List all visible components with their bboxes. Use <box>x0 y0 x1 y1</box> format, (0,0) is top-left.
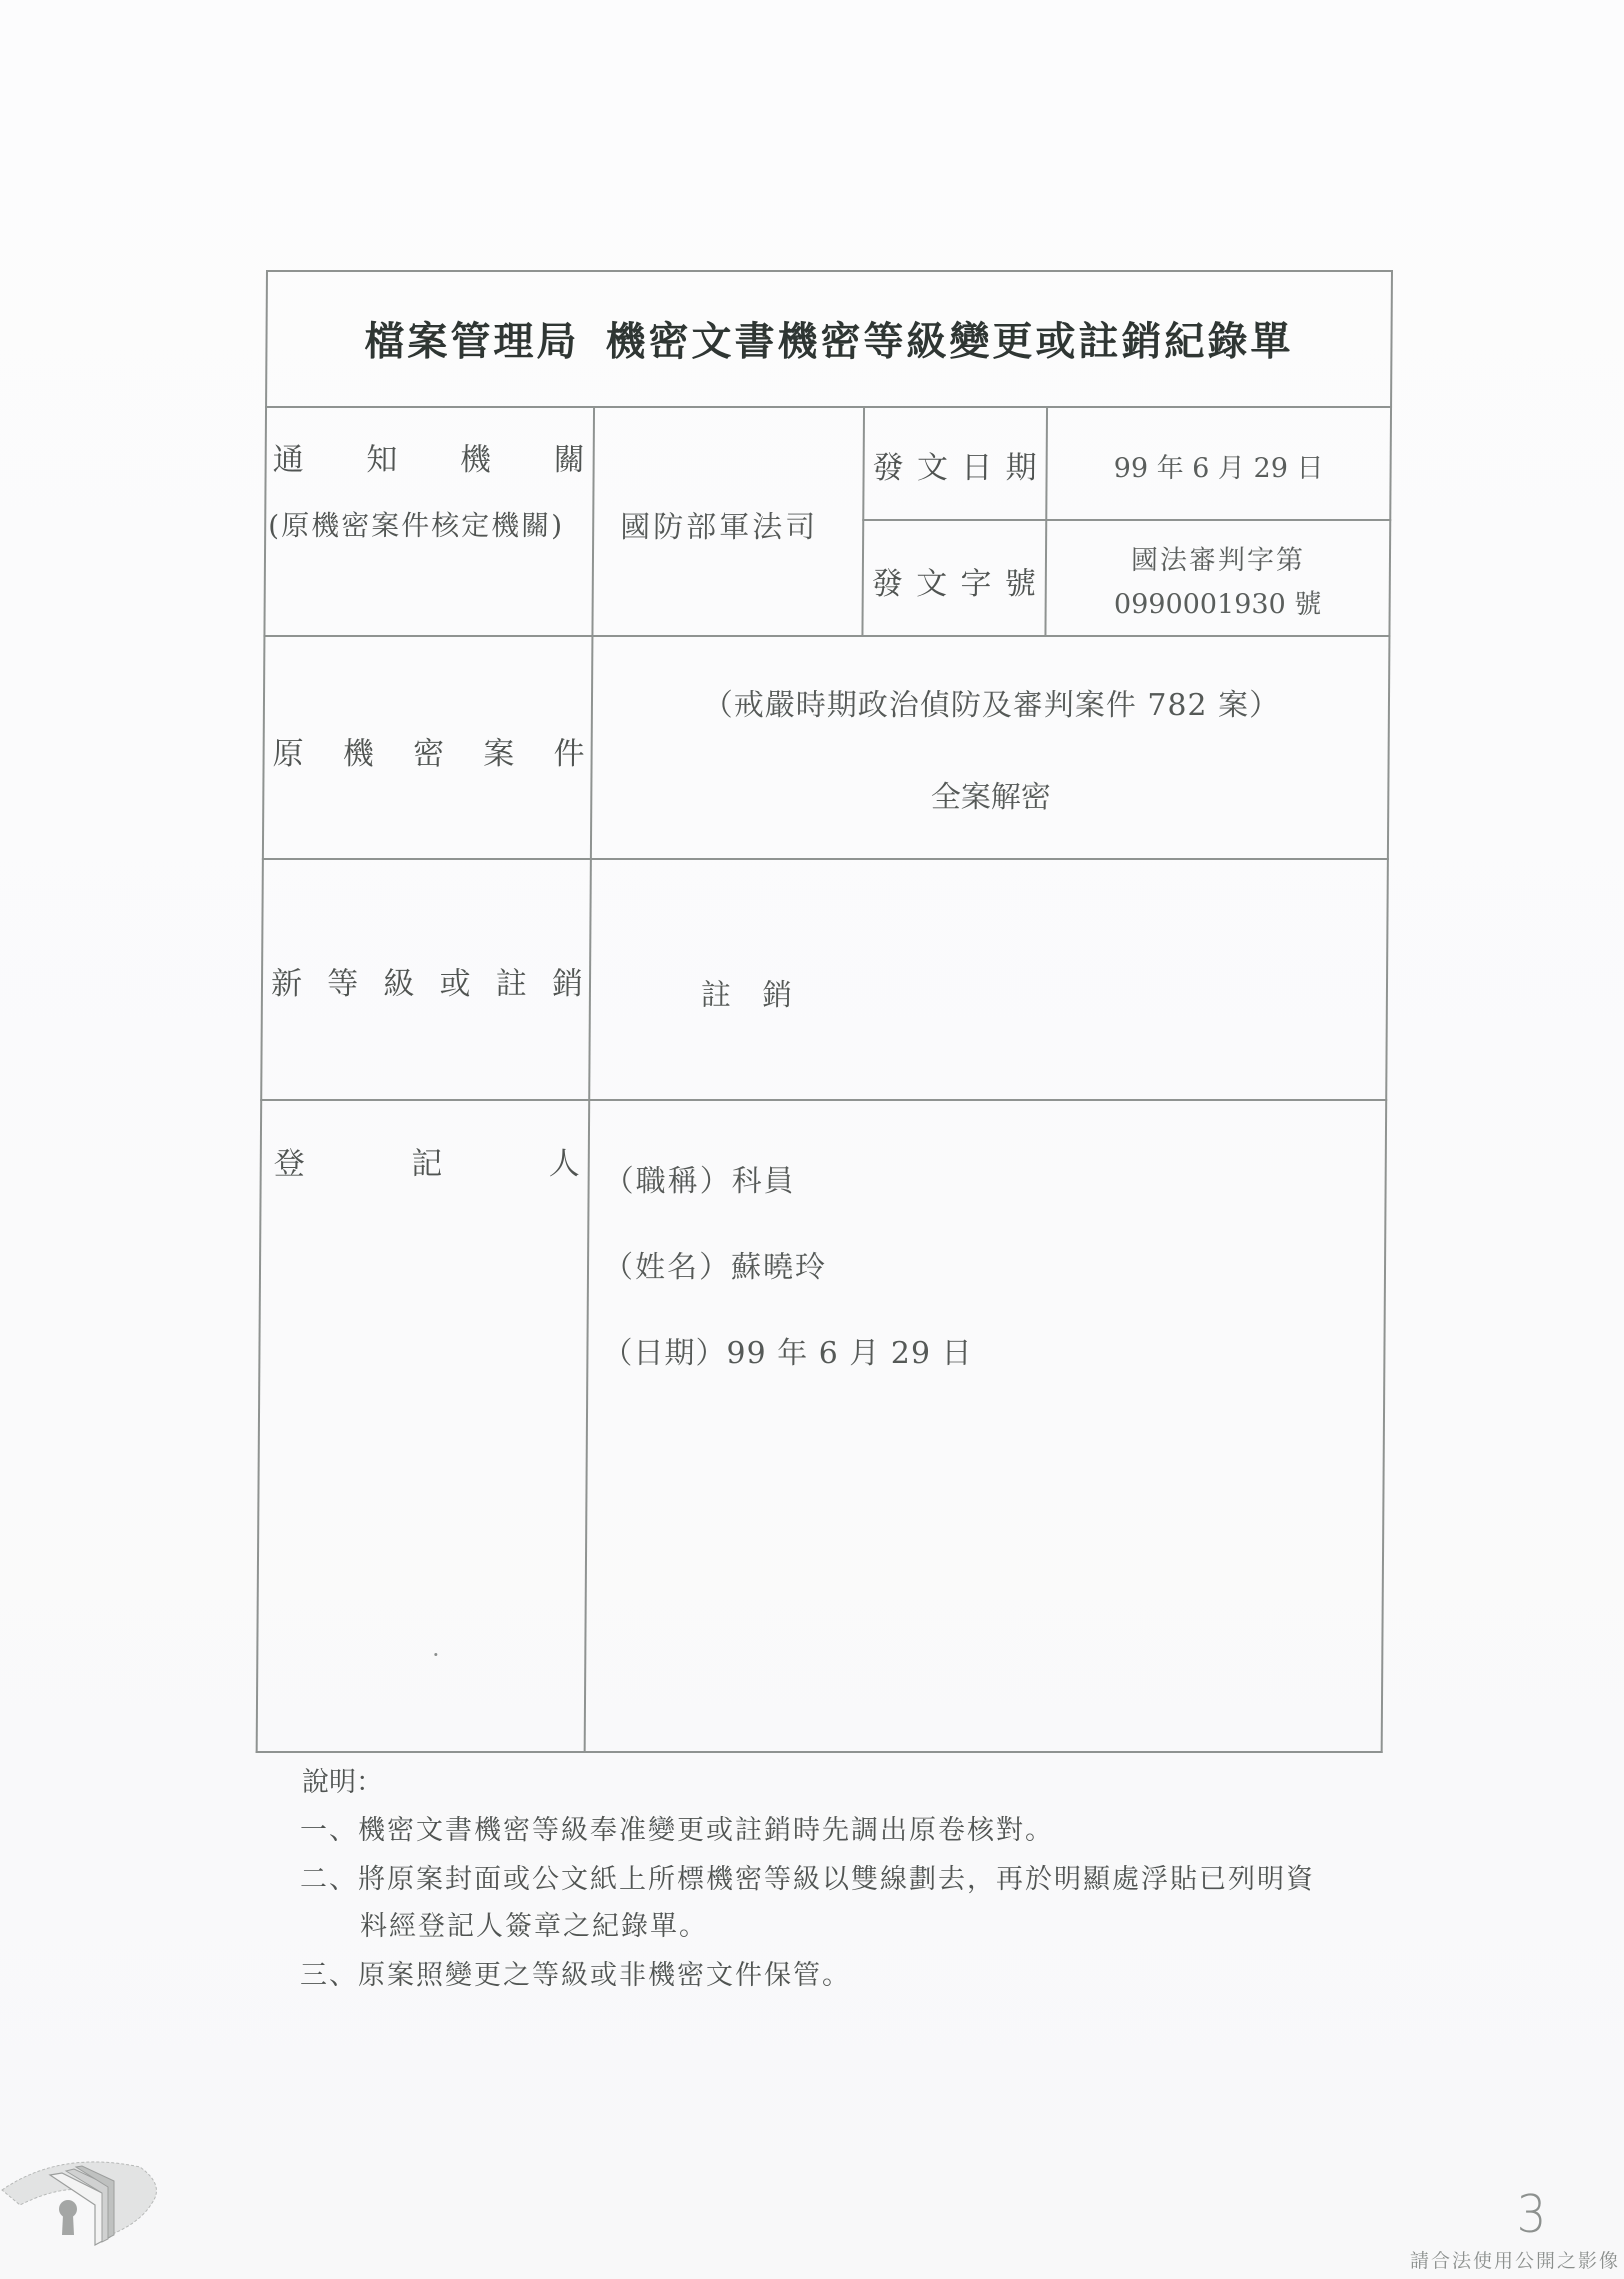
row-divider-3 <box>260 1099 1387 1101</box>
archives-logo-icon <box>0 2145 165 2255</box>
issue-date-value: 99 年 6 月 29 日 <box>1047 446 1389 485</box>
usage-watermark: 請合法使用公開之影像 <box>1410 2246 1620 2273</box>
scan-speck <box>434 1653 437 1656</box>
new-level-value: 註 銷 <box>701 970 796 1014</box>
row-divider-sub <box>862 519 1391 521</box>
registrar-name: （姓名）蘇曉玲 <box>603 1242 827 1286</box>
registrar-title: （職稱）科員 <box>604 1156 796 1200</box>
notes-heading: 說明： <box>302 1760 383 1799</box>
scanned-page: 檔案管理局 機密文書機密等級變更或註銷紀錄單 通 知 機 關 (原機密案件核定機… <box>0 0 1624 2279</box>
title-agency: 檔案管理局 <box>364 310 579 367</box>
original-case-label: 原 機 密 案 件 <box>272 728 584 773</box>
new-level-label: 新 等 級 或 註 銷 <box>271 958 583 1003</box>
row-divider-header <box>265 406 1392 408</box>
form-title: 檔案管理局 機密文書機密等級變更或註銷紀錄單 <box>265 270 1393 406</box>
notifying-agency-value: 國防部軍法司 <box>620 502 818 546</box>
page-number: 3 <box>1517 2185 1547 2245</box>
record-form-table: 檔案管理局 機密文書機密等級變更或註銷紀錄單 通 知 機 關 (原機密案件核定機… <box>256 270 1393 1752</box>
title-form-name: 機密文書機密等級變更或註銷紀錄單 <box>605 310 1293 367</box>
table-border-right <box>1381 270 1393 1753</box>
note-item-2: 二、將原案封面或公文紙上所標機密等級以雙線劃去，再於明顯處浮貼已列明資 <box>300 1857 1315 1896</box>
registrar-date: （日期）99 年 6 月 29 日 <box>602 1328 972 1372</box>
col-divider-label <box>584 406 595 1752</box>
note-item-1: 一、機密文書機密等級奉准變更或註銷時先調出原卷核對。 <box>300 1808 1054 1847</box>
issue-number-label: 發 文 字 號 <box>872 558 1036 603</box>
table-border-bottom <box>256 1751 1383 1753</box>
notifying-agency-label: 通 知 機 關 <box>273 434 585 479</box>
issue-date-label: 發 文 日 期 <box>872 442 1036 487</box>
row-divider-1 <box>263 635 1390 637</box>
issue-number-line1: 國法審判字第 <box>1047 538 1389 577</box>
notifying-agency-sublabel: (原機密案件核定機關) <box>268 504 564 544</box>
note-item-3: 三、原案照變更之等級或非機密文件保管。 <box>300 1953 851 1992</box>
issue-number-line2: 0990001930 號 <box>1047 582 1389 621</box>
registrar-label: 登 記 人 <box>274 1138 580 1183</box>
table-border-left <box>256 270 268 1753</box>
row-divider-2 <box>262 858 1389 860</box>
note-item-2-continued: 料經登記人簽章之紀錄單。 <box>360 1904 708 1943</box>
col-divider-mid <box>861 406 865 636</box>
original-case-description: （戒嚴時期政治偵防及審判案件 782 案） <box>593 680 1390 724</box>
original-case-status: 全案解密 <box>592 772 1389 816</box>
